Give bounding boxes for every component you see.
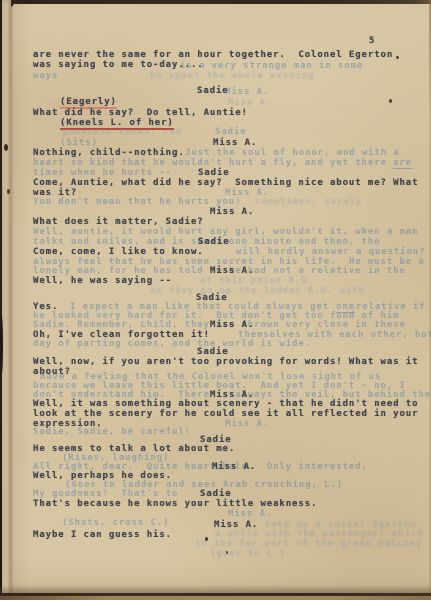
typed-line: was saying to me to-day.... — [33, 60, 204, 70]
manuscript-page-scan: 5are never the same for an hour together… — [0, 0, 431, 600]
ghost-bleed-line: Miss A. — [228, 98, 272, 108]
ghost-bleed-line: You don't mean that he hurts you! — [33, 197, 242, 207]
ink-speck — [389, 99, 392, 103]
ghost-bleed-line: are — [393, 158, 412, 169]
ghost-bleed-line: goodness knows, can — [62, 127, 182, 137]
ink-speck — [0, 315, 3, 375]
ghost-bleed-line: (goes to L.) — [210, 549, 286, 559]
ghost-bleed-line: will hardly answer a question? I — [236, 247, 431, 257]
typed-line: Well, it was something about scenery - t… — [33, 399, 418, 409]
typed-line: Miss A. — [210, 207, 254, 217]
page-bottom-shadow — [0, 585, 431, 593]
typed-line: Come, Auntie, what did he say? Something… — [33, 178, 418, 188]
ink-speck — [396, 56, 399, 59]
ghost-bleed-line: Sadie — [215, 127, 247, 137]
ghost-bleed-line: sometimes, surely — [255, 197, 362, 207]
typed-line: Well, he was saying -- — [33, 276, 172, 286]
ghost-bleed-line: (Shots, cross C.) — [62, 518, 169, 528]
typed-line: Miss A. — [210, 320, 254, 330]
page-top-border — [0, 0, 431, 4]
ink-speck — [205, 537, 208, 541]
typed-line: Nothing, child--nothing. — [33, 148, 185, 158]
ghost-bleed-line: (Sits) — [60, 138, 98, 148]
typed-line: What does it matter, Sadie? — [33, 217, 204, 227]
ghost-bleed-line: Miss A. — [228, 509, 272, 519]
ghost-bleed-line: Miss A. — [225, 87, 269, 97]
page-number: 5 — [369, 36, 375, 46]
typed-line: That's because he knows your little weak… — [33, 499, 317, 509]
typed-line: Miss A. — [213, 138, 257, 148]
ghost-bleed-line: Well, auntie, it would hurt any girl, wo… — [33, 227, 418, 237]
page-binding-edge — [2, 0, 11, 600]
ghost-bleed-line: a while with the passengers which — [215, 529, 424, 539]
ghost-bleed-line: is a very strange man in some — [180, 61, 363, 71]
typed-line: Sadie — [200, 489, 232, 499]
ghost-bleed-line: My goodness! That's to — [33, 489, 178, 499]
typed-line: Sadie — [198, 237, 230, 247]
ghost-bleed-line: heart so kind that he wouldn't hurt a fl… — [33, 158, 387, 168]
typed-line: look at the scenery for he could see it … — [33, 409, 418, 419]
typed-line: are never the same for an hour together.… — [33, 50, 393, 60]
typed-line: Sadie — [197, 86, 229, 96]
typed-line: Maybe I can guess his. — [33, 530, 172, 540]
ghost-bleed-line: in the far part of the green balcony — [195, 539, 422, 549]
text-layer: 5are never the same for an hour together… — [0, 0, 431, 600]
page-crease-shadow — [11, 0, 14, 600]
ghost-bleed-line: he spent the whole evening — [150, 71, 314, 81]
typed-line: What did he say? Do tell, Auntie! — [33, 108, 248, 118]
typed-line: Sadie — [198, 168, 230, 178]
ghost-bleed-line: as they go up the ladder R.U. with — [150, 286, 365, 296]
typed-line: Come, come, I like to know. — [33, 247, 204, 257]
ghost-bleed-line: Just the soul of honor, and with a — [185, 148, 400, 158]
page-bottom-strip — [0, 596, 431, 600]
ghost-bleed-line: day of parting comes, and the world is w… — [33, 339, 311, 349]
ghost-bleed-line: at this point R.U. — [200, 276, 314, 286]
ghost-bleed-line: Sadie, Sadie, be careful! — [33, 427, 191, 437]
ink-speck — [7, 189, 10, 194]
ghost-bleed-line: ways — [33, 71, 58, 81]
typed-line: Miss A. — [212, 462, 256, 472]
ink-speck — [4, 144, 8, 151]
typed-line: Miss A. — [210, 266, 254, 276]
ghost-bleed-line: times when he hurts -- — [33, 168, 172, 178]
ink-speck — [226, 551, 228, 554]
typed-line: Sadie — [197, 347, 229, 357]
ghost-bleed-line: Miss A. — [225, 419, 269, 429]
typed-line: Well, now, if you aren't too provoking f… — [33, 357, 418, 367]
